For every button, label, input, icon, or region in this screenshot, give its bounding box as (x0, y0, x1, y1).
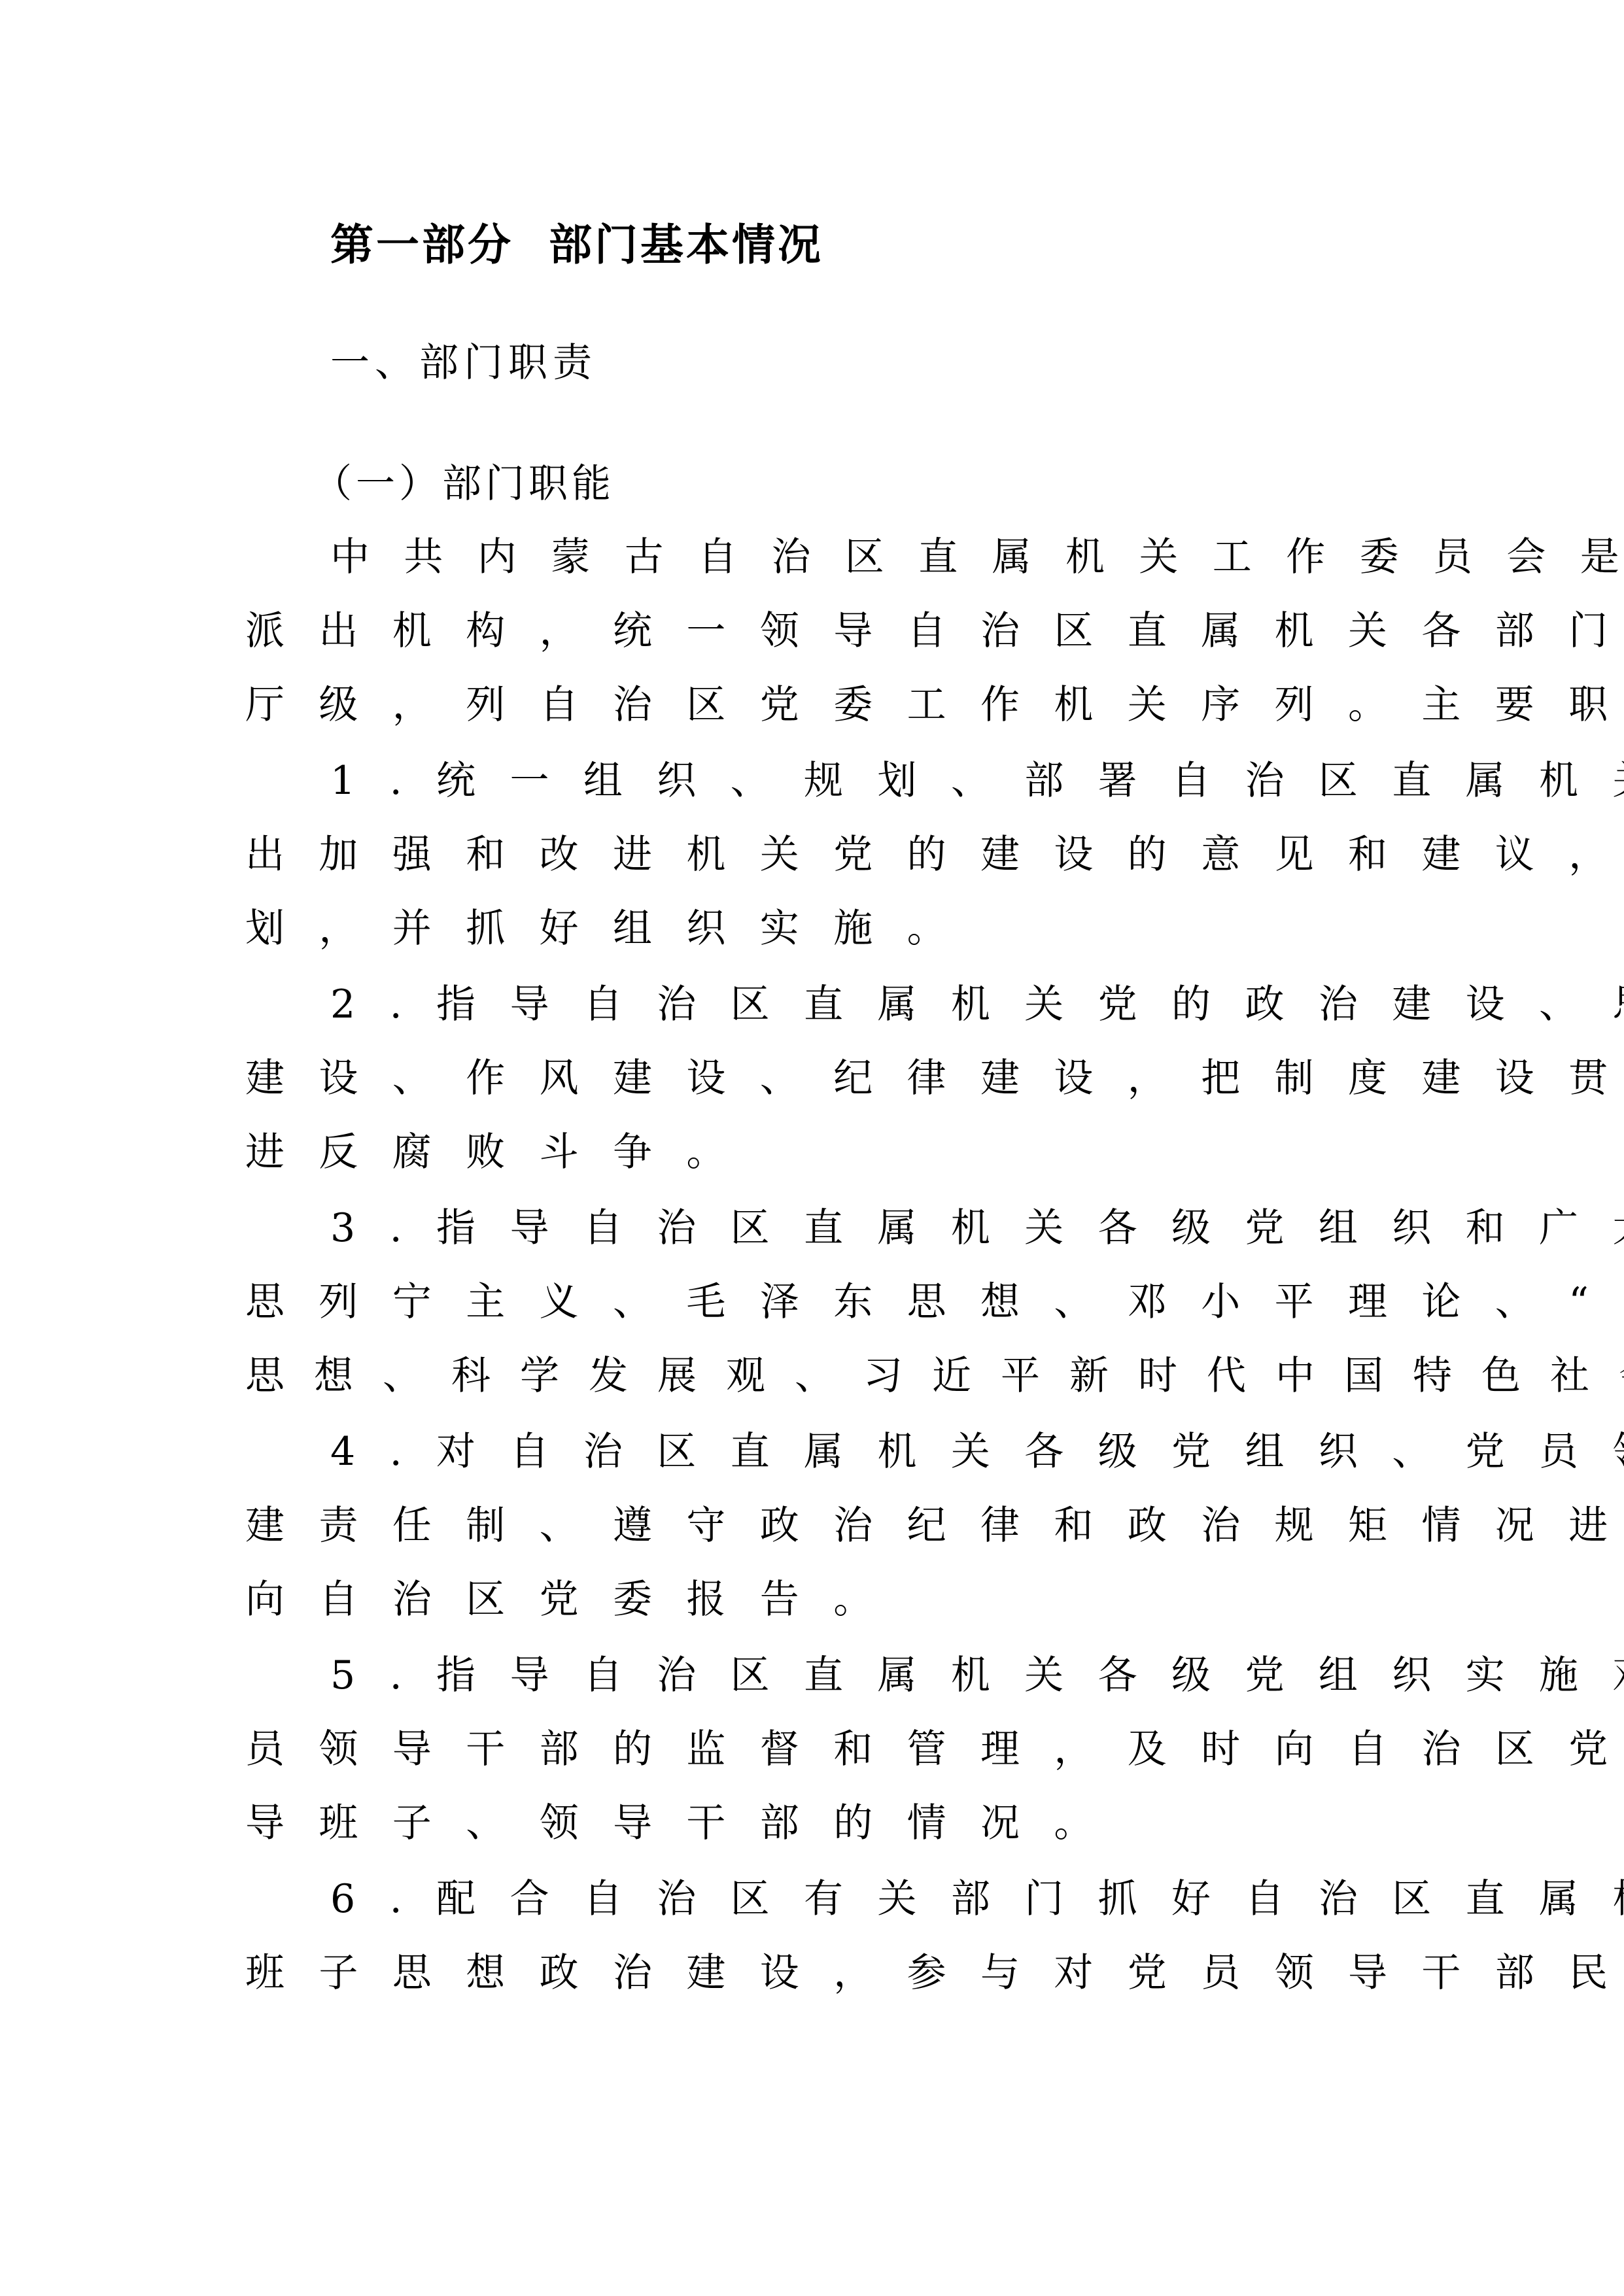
paragraph-duty-5: 5.指导自治区直属机关各级党组织实施对党员特别是党 员领导干部的监督和管理，及时… (245, 1639, 1357, 1860)
text-line: 中共内蒙古自治区直属机关工作委员会是自治区党委的 (245, 521, 1357, 594)
text-line: 4.对自治区直属机关各级党组织、党员领导干部落实党 (245, 1415, 1357, 1489)
document-page: 第一部分 部门基本情况 一、部门职责 （一）部门职能 中共内蒙古自治区直属机关工… (0, 0, 1624, 2296)
paragraph-duty-3: 3.指导自治区直属机关各级党组织和广大党员学习马克 思列宁主义、毛泽东思想、邓小… (245, 1191, 1357, 1413)
text-line: 建责任制、遵守政治纪律和政治规矩情况进行监督检查，并 (245, 1489, 1357, 1563)
text-line: 厅级，列自治区党委工作机关序列。主要职责是： (245, 668, 1357, 742)
part-title: 第一部分 部门基本情况 (330, 219, 823, 271)
text-line: 2.指导自治区直属机关党的政治建设、思想建设、组织 (245, 968, 1357, 1042)
paragraph-duty-4: 4.对自治区直属机关各级党组织、党员领导干部落实党 建责任制、遵守政治纪律和政治… (245, 1415, 1357, 1637)
paragraph-duty-2: 2.指导自治区直属机关党的政治建设、思想建设、组织 建设、作风建设、纪律建设，把… (245, 968, 1357, 1190)
text-line: 向自治区党委报告。 (245, 1563, 1357, 1637)
paragraph-duty-6: 6.配合自治区有关部门抓好自治区直属机关各部门领导 班子思想政治建设，参与对党员… (245, 1862, 1357, 2010)
text-line: 划，并抓好组织实施。 (245, 892, 1357, 966)
text-line: 导班子、领导干部的情况。 (245, 1787, 1357, 1860)
text-line: 出加强和改进机关党的建设的意见和建议，研究制定工作规 (245, 818, 1357, 892)
text-line: 5.指导自治区直属机关各级党组织实施对党员特别是党 (245, 1639, 1357, 1713)
text-line: 1.统一组织、规划、部署自治区直属机关党的工作，提 (245, 744, 1357, 818)
text-line: 建设、作风建设、纪律建设，把制度建设贯穿其中，深入推 (245, 1042, 1357, 1116)
text-line: 班子思想政治建设，参与对党员领导干部民主生活会和自治 (245, 1936, 1357, 2010)
subsection-heading: （一）部门职能 (313, 459, 615, 509)
body-text: 中共内蒙古自治区直属机关工作委员会是自治区党委的 派出机构，统一领导自治区直属机… (245, 521, 1357, 2010)
text-line: 3.指导自治区直属机关各级党组织和广大党员学习马克 (245, 1191, 1357, 1265)
text-line: 员领导干部的监督和管理，及时向自治区党委反映各部门领 (245, 1713, 1357, 1787)
paragraph-intro: 中共内蒙古自治区直属机关工作委员会是自治区党委的 派出机构，统一领导自治区直属机… (245, 521, 1357, 742)
paragraph-duty-1: 1.统一组织、规划、部署自治区直属机关党的工作，提 出加强和改进机关党的建设的意… (245, 744, 1357, 966)
text-line: 进反腐败斗争。 (245, 1116, 1357, 1190)
text-line: 6.配合自治区有关部门抓好自治区直属机关各部门领导 (245, 1862, 1357, 1936)
section-heading: 一、部门职责 (330, 338, 597, 388)
text-line: 派出机构，统一领导自治区直属机关各部门党的工作，为正 (245, 594, 1357, 668)
text-line: 思想、科学发展观、习近平新时代中国特色社会主义思想。 (245, 1339, 1357, 1413)
text-line: 思列宁主义、毛泽东思想、邓小平理论、“三个代表”重要 (245, 1265, 1357, 1339)
